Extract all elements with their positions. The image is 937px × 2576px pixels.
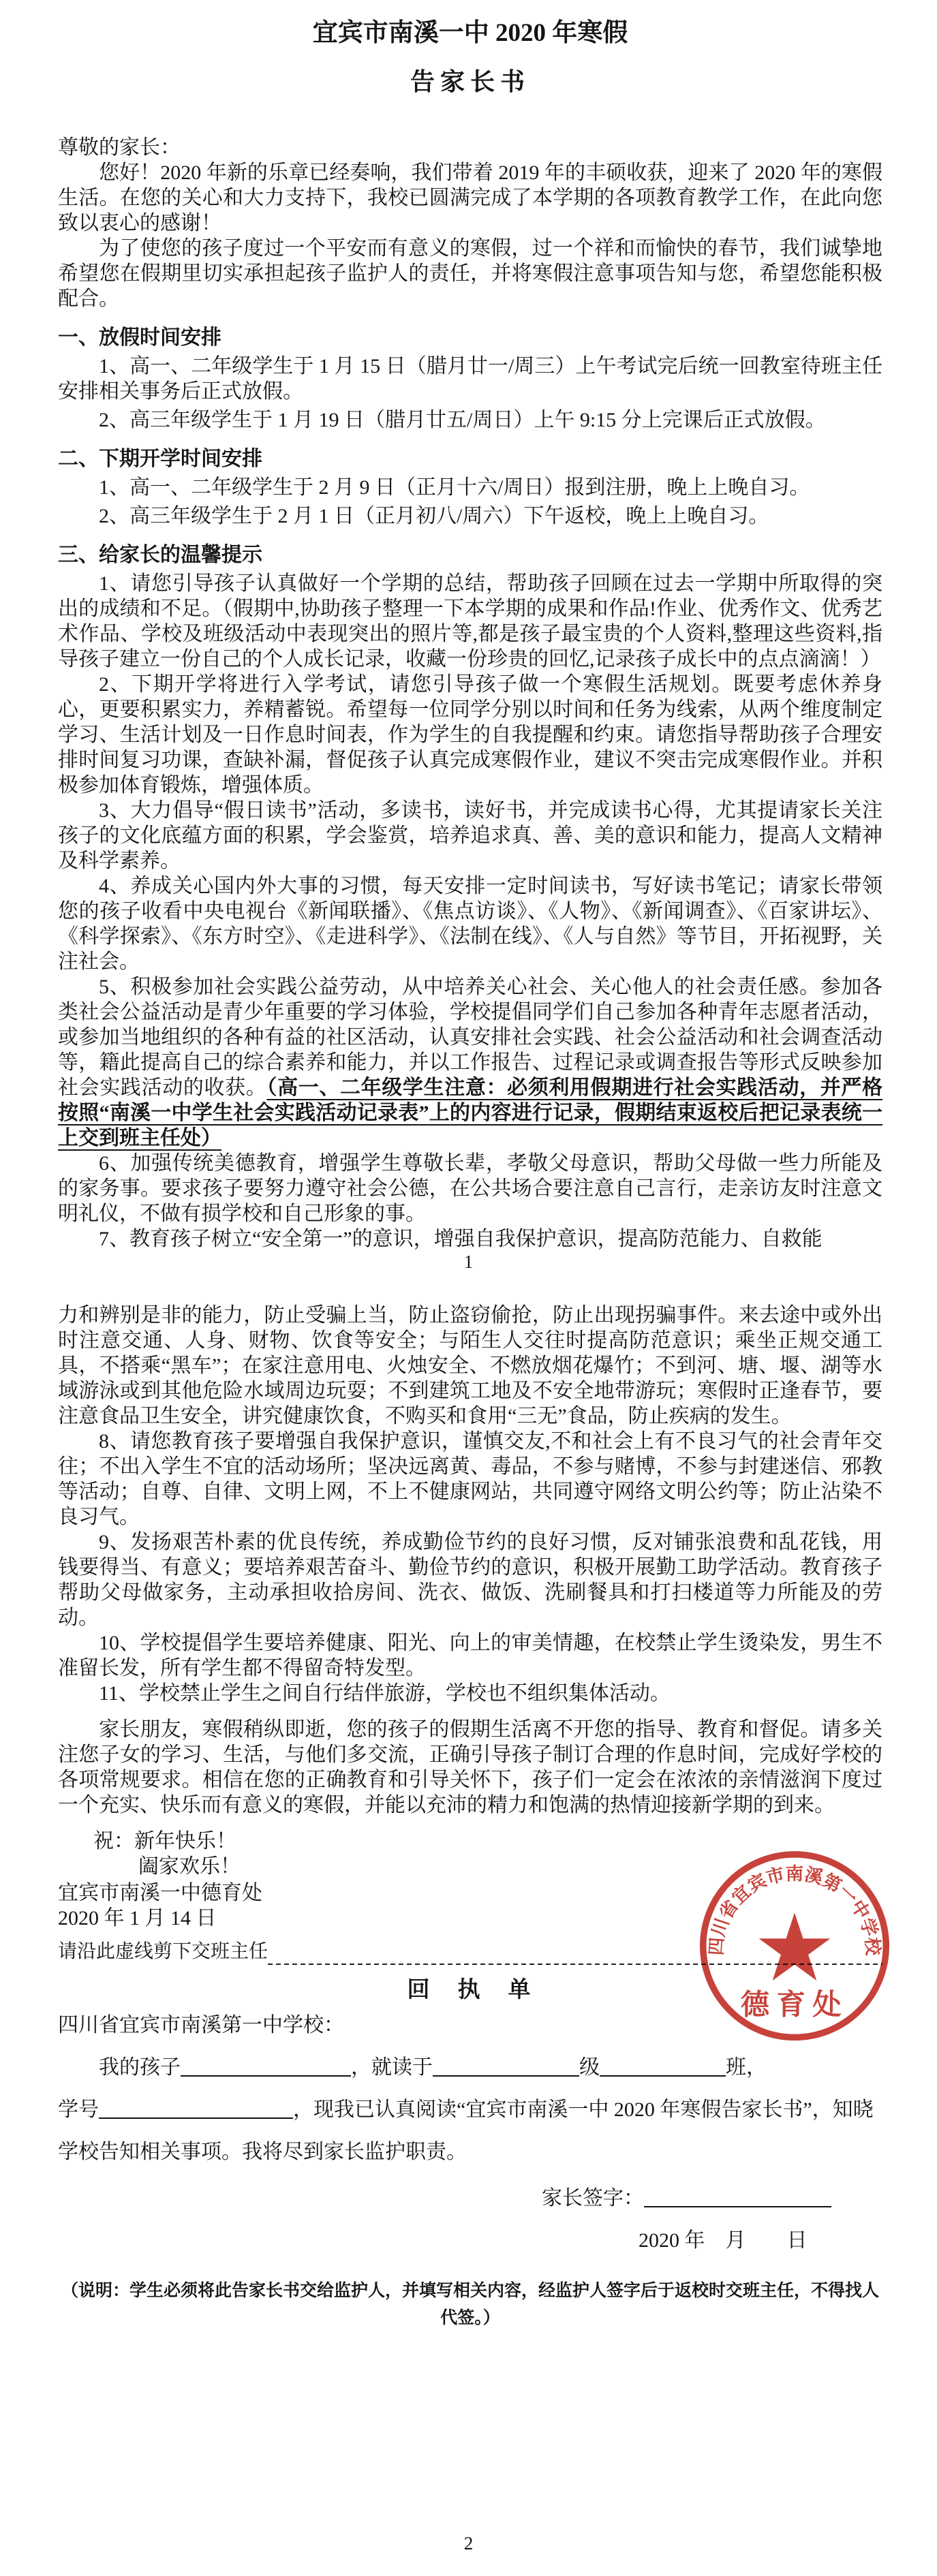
holiday-schedule-item-2: 2、高三年级学生于 1 月 19 日（腊月廿五/周日）上午 9:15 分上完课后… xyxy=(58,407,882,433)
section-3-heading: 三、给家长的温馨提示 xyxy=(58,542,882,568)
tip-2: 2、下期开学将进行入学考试，请您引导孩子做一个寒假生活规划。既要考虑休养身心，更… xyxy=(58,672,882,798)
parent-signature-label: 家长签字： xyxy=(542,2187,644,2209)
parent-signature-blank xyxy=(644,2186,831,2207)
salutation: 尊敬的家长： xyxy=(58,135,882,160)
page-1-number: 1 xyxy=(0,1252,937,1273)
acknowledgement-text: ，现我已认真阅读“宜宾市南溪一中 2020 年寒假告家长书”，知晓 xyxy=(293,2098,874,2121)
tip-9: 9、发扬艰苦朴素的优良传统，养成勤俭节约的良好习惯，反对铺张浪费和乱花钱，用钱要… xyxy=(58,1530,882,1630)
cut-line-label: 请沿此虚线剪下交班主任 xyxy=(58,1939,268,1965)
tip-6: 6、加强传统美德教育，增强学生尊敬长辈，孝敬父母意识，帮助父母做一些力所能及的家… xyxy=(58,1151,882,1226)
receipt-date-row: 2020 年 月 日 xyxy=(58,2220,882,2262)
official-seal-stamp: 四川省宜宾市南溪第一中学校 德育处 xyxy=(694,1844,895,2045)
tip-3: 3、大力倡导“假日读书”活动，多读书，读好书，并完成读书心得，尤其提请家长关注孩… xyxy=(58,798,882,873)
child-name-label: 我的孩子 xyxy=(99,2056,181,2079)
parent-signature-row: 家长签字： xyxy=(58,2177,882,2220)
intro-paragraph-1: 您好！2020 年新的乐章已经奏响，我们带着 2019 年的丰硕收获，迎来了 2… xyxy=(58,160,882,236)
grade-blank xyxy=(433,2055,579,2077)
seal-star-icon xyxy=(759,1912,831,1980)
tip-7-part1: 7、教育孩子树立“安全第一”的意识，增强自我保护意识，提高防范能力、自救能 xyxy=(58,1226,882,1252)
seal-bottom-text: 德育处 xyxy=(741,1989,849,2021)
holiday-schedule-item-1: 1、高一、二年级学生于 1 月 15 日（腊月廿一/周三）上午考试完后统一回教室… xyxy=(58,354,882,404)
document-page: 宜宾市南溪一中 2020 年寒假 告家长书 尊敬的家长： 您好！2020 年新的… xyxy=(0,0,937,2576)
enrolled-in-label: ，就读于 xyxy=(351,2056,433,2079)
receipt-form-line-2: 学号，现我已认真阅读“宜宾市南溪一中 2020 年寒假告家长书”，知晓 xyxy=(58,2089,882,2131)
reopen-schedule-item-2: 2、高三年级学生于 2 月 1 日（正月初八/周六）下午返校，晚上上晚自习。 xyxy=(58,503,882,529)
tip-8: 8、请您教育孩子要增强自我保护意识，谨慎交友,不和社会上有不良习气的社会青年交往… xyxy=(58,1429,882,1530)
receipt-form-line-1: 我的孩子，就读于级班， xyxy=(58,2047,882,2089)
child-name-blank xyxy=(181,2055,351,2077)
class-blank xyxy=(600,2055,726,2077)
page-2-number: 2 xyxy=(0,2533,937,2554)
intro-paragraph-2: 为了使您的孩子度过一个平安而有意义的寒假，过一个祥和而愉快的春节，我们诚挚地希望… xyxy=(58,236,882,311)
grade-label: 级 xyxy=(579,2056,600,2079)
section-2-heading: 二、下期开学时间安排 xyxy=(58,446,882,472)
section-1-heading: 一、放假时间安排 xyxy=(58,325,882,351)
page-1: 宜宾市南溪一中 2020 年寒假 告家长书 尊敬的家长： 您好！2020 年新的… xyxy=(0,0,937,1288)
instruction-note: （说明：学生必须将此告家长书交给监护人，并填写相关内容，经监护人签字后于返校时交… xyxy=(58,2277,882,2331)
closing-paragraph: 家长朋友，寒假稍纵即逝，您的孩子的假期生活离不开您的指导、教育和督促。请多关注您… xyxy=(58,1717,882,1818)
tip-11: 11、学校禁止学生之间自行结伴旅游，学校也不组织集体活动。 xyxy=(58,1681,882,1706)
doc-title-line2: 告家长书 xyxy=(58,67,882,97)
reopen-schedule-item-1: 1、高一、二年级学生于 2 月 9 日（正月十六/周日）报到注册，晚上上晚自习。 xyxy=(58,475,882,500)
tip-1: 1、请您引导孩子认真做好一个学期的总结，帮助孩子回顾在过去一学期中所取得的突出的… xyxy=(58,571,882,672)
tip-5: 5、积极参加社会实践公益劳动，从中培养关心社会、关心他人的社会责任感。参加各类社… xyxy=(58,974,882,1151)
receipt-form-line-3: 学校告知相关事项。我将尽到家长监护职责。 xyxy=(58,2131,882,2173)
tip-10: 10、学校提倡学生要培养健康、阳光、向上的审美情趣，在校禁止学生烫染发，男生不准… xyxy=(58,1630,882,1681)
doc-title-line1: 宜宾市南溪一中 2020 年寒假 xyxy=(58,18,882,49)
class-label: 班， xyxy=(726,2056,767,2079)
tip-7-part2: 力和辨别是非的能力，防止受骗上当，防止盗窃偷抢，防止出现拐骗事件。来去途中或外出… xyxy=(58,1303,882,1429)
student-id-label: 学号 xyxy=(58,2098,99,2121)
student-id-blank xyxy=(99,2097,293,2119)
tip-4: 4、养成关心国内外大事的习惯，每天安排一定时间读书，写好读书笔记；请家长带领您的… xyxy=(58,873,882,974)
